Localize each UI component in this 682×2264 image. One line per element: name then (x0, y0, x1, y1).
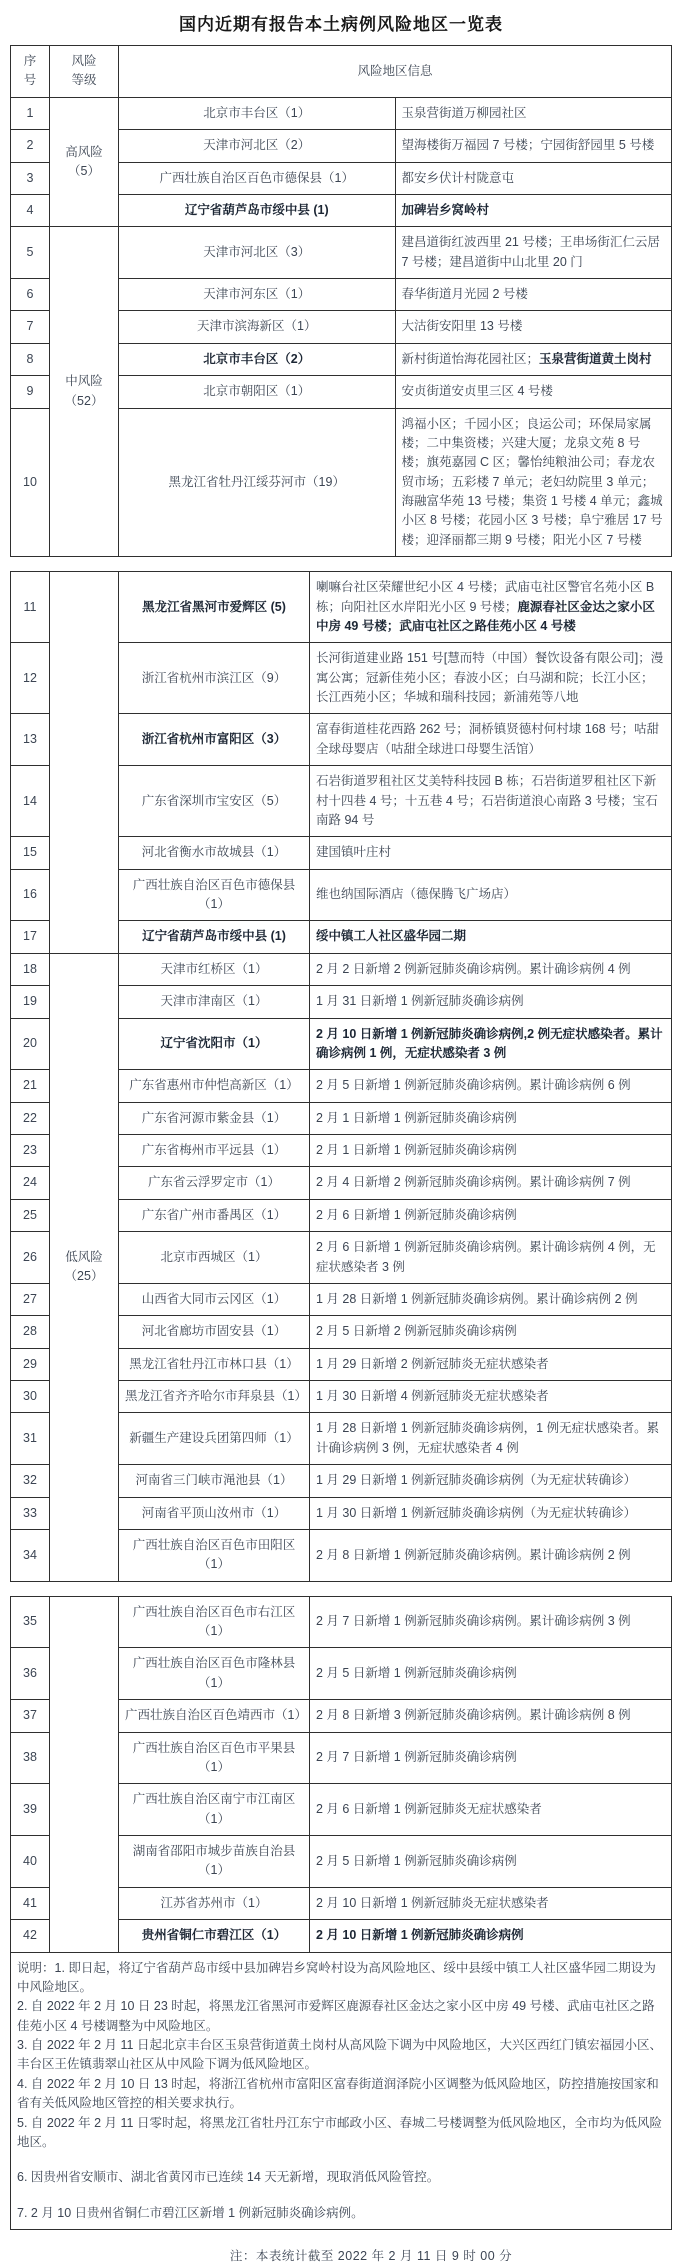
info-text-segment: 2 月 8 日新增 3 例新冠肺炎确诊病例。累计确诊病例 8 例 (316, 1708, 631, 1722)
serial-cell: 12 (11, 643, 50, 714)
serial-cell: 29 (11, 1348, 50, 1380)
serial-cell: 8 (11, 343, 50, 375)
serial-cell: 22 (11, 1102, 50, 1134)
serial-cell: 40 (11, 1836, 50, 1888)
info-text-segment: 2 月 7 日新增 1 例新冠肺炎确诊病例。累计确诊病例 3 例 (316, 1614, 631, 1628)
info-cell: 2 月 7 日新增 1 例新冠肺炎确诊病例 (310, 1732, 672, 1784)
serial-cell: 27 (11, 1283, 50, 1315)
region-cell: 河南省平顶山汝州市（1） (119, 1497, 310, 1529)
notes-row: 说明：1. 即日起，将辽宁省葫芦岛市绥中县加碑岩乡窝岭村设为高风险地区、绥中县绥… (11, 1952, 672, 2230)
region-cell: 山西省大同市云冈区（1） (119, 1283, 310, 1315)
risk-level-cell (50, 1596, 119, 1952)
region-cell: 北京市西城区（1） (119, 1232, 310, 1284)
risk-level-cell: 高风险 （5） (50, 97, 119, 227)
info-text-segment: 绥中镇工人社区盛华园二期 (316, 929, 466, 943)
info-cell: 喇嘛台社区荣耀世纪小区 4 号楼；武庙屯社区警官名苑小区 B 栋；向阳社区水岸阳… (310, 572, 672, 643)
info-cell: 2 月 10 日新增 1 例新冠肺炎确诊病例,2 例无症状感染者。累计确诊病例 … (310, 1018, 672, 1070)
serial-cell: 18 (11, 953, 50, 985)
info-text-segment: 鸿福小区；千园小区；良运公司；环保局家属楼；二中集资楼；兴建大厦；龙泉文苑 8 … (402, 417, 663, 547)
region-cell: 广西壮族自治区南宁市江南区（1） (119, 1784, 310, 1836)
info-cell: 玉泉营街道万柳园社区 (395, 97, 672, 129)
document-page: 国内近期有报告本土病例风险地区一览表 序 号风险 等级风险地区信息1高风险 （5… (0, 0, 682, 2264)
risk-table-section-2: 11黑龙江省黑河市爱辉区 (5)喇嘛台社区荣耀世纪小区 4 号楼；武庙屯社区警官… (10, 571, 672, 1582)
serial-cell: 6 (11, 279, 50, 311)
serial-cell: 24 (11, 1167, 50, 1199)
info-text-segment: 玉泉营街道黄土岗村 (539, 352, 652, 366)
region-cell: 广东省云浮罗定市（1） (119, 1167, 310, 1199)
info-text-segment: 安贞街道安贞里三区 4 号楼 (402, 384, 553, 398)
info-text-segment: 2 月 6 日新增 1 例新冠肺炎确诊病例。累计确诊病例 4 例，无症状感染者 … (316, 1240, 656, 1273)
info-cell: 2 月 8 日新增 3 例新冠肺炎确诊病例。累计确诊病例 8 例 (310, 1700, 672, 1732)
info-text-segment: 维也纳国际酒店（德保腾飞广场店） (316, 887, 516, 901)
info-text-segment: 1 月 30 日新增 1 例新冠肺炎确诊病例（为无症状转确诊） (316, 1506, 636, 1520)
info-cell: 富春街道桂花西路 262 号；洞桥镇贤德村何村埭 168 号；咕甜全球母婴店（咕… (310, 714, 672, 766)
info-cell: 2 月 4 日新增 2 例新冠肺炎确诊病例。累计确诊病例 7 例 (310, 1167, 672, 1199)
serial-cell: 31 (11, 1413, 50, 1465)
region-cell: 辽宁省葫芦岛市绥中县 (1) (119, 194, 396, 226)
region-cell: 贵州省铜仁市碧江区（1） (119, 1920, 310, 1952)
region-cell: 黑龙江省牡丹江市林口县（1） (119, 1348, 310, 1380)
risk-level-cell: 低风险 （25） (50, 953, 119, 1581)
region-cell: 黑龙江省牡丹江绥芬河市（19） (119, 408, 396, 557)
serial-cell: 42 (11, 1920, 50, 1952)
info-text-segment: 石岩街道罗租社区艾美特科技园 B 栋；石岩街道罗租社区下新村十四巷 4 号；十五… (316, 774, 658, 827)
info-cell: 1 月 30 日新增 1 例新冠肺炎确诊病例（为无症状转确诊） (310, 1497, 672, 1529)
serial-cell: 19 (11, 986, 50, 1018)
table-row: 5中风险 （52）天津市河北区（3）建昌道街红波西里 21 号楼；王串场街汇仁云… (11, 227, 672, 279)
info-cell: 2 月 6 日新增 1 例新冠肺炎确诊病例 (310, 1199, 672, 1231)
info-text-segment: 2 月 7 日新增 1 例新冠肺炎确诊病例 (316, 1750, 517, 1764)
serial-cell: 34 (11, 1529, 50, 1581)
info-cell: 新村街道怡海花园社区；玉泉营街道黄土岗村 (395, 343, 672, 375)
serial-cell: 39 (11, 1784, 50, 1836)
info-cell: 2 月 6 日新增 1 例新冠肺炎无症状感染者 (310, 1784, 672, 1836)
info-cell: 2 月 8 日新增 1 例新冠肺炎确诊病例。累计确诊病例 2 例 (310, 1529, 672, 1581)
note-item: 3. 自 2022 年 2 月 11 日起北京丰台区玉泉营街道黄土岗村从高风险下… (17, 2036, 665, 2075)
serial-cell: 16 (11, 869, 50, 921)
region-cell: 广西壮族自治区百色市田阳区（1） (119, 1529, 310, 1581)
region-cell: 广西壮族自治区百色市隆林县（1） (119, 1648, 310, 1700)
info-cell: 春华街道月光园 2 号楼 (395, 279, 672, 311)
info-text-segment: 2 月 10 日新增 1 例新冠肺炎确诊病例,2 例无症状感染者。累计确诊病例 … (316, 1027, 663, 1060)
serial-cell: 14 (11, 766, 50, 837)
info-text-segment: 2 月 5 日新增 1 例新冠肺炎确诊病例。累计确诊病例 6 例 (316, 1078, 631, 1092)
note-item: 说明：1. 即日起，将辽宁省葫芦岛市绥中县加碑岩乡窝岭村设为高风险地区、绥中县绥… (17, 1959, 665, 1998)
serial-cell: 30 (11, 1381, 50, 1413)
info-text-segment: 1 月 29 日新增 1 例新冠肺炎确诊病例（为无症状转确诊） (316, 1473, 636, 1487)
risk-level-cell (50, 572, 119, 954)
region-cell: 天津市红桥区（1） (119, 953, 310, 985)
serial-cell: 32 (11, 1465, 50, 1497)
info-text-segment: 2 月 5 日新增 2 例新冠肺炎确诊病例 (316, 1324, 517, 1338)
info-text-segment: 新村街道怡海花园社区； (402, 352, 540, 366)
region-cell: 江苏省苏州市（1） (119, 1887, 310, 1919)
serial-cell: 1 (11, 97, 50, 129)
info-cell: 2 月 2 日新增 2 例新冠肺炎确诊病例。累计确诊病例 4 例 (310, 953, 672, 985)
info-text-segment: 长河街道建业路 151 号[慧而特（中国）餐饮设备有限公司]；漫寓公寓；冠新佳苑… (316, 651, 663, 704)
region-cell: 湖南省邵阳市城步苗族自治县（1） (119, 1836, 310, 1888)
info-text-segment: 1 月 31 日新增 1 例新冠肺炎确诊病例 (316, 994, 524, 1008)
serial-cell: 4 (11, 194, 50, 226)
info-text-segment: 2 月 6 日新增 1 例新冠肺炎无症状感染者 (316, 1802, 542, 1816)
info-cell: 2 月 10 日新增 1 例新冠肺炎确诊病例 (310, 1920, 672, 1952)
info-text-segment: 建昌道街红波西里 21 号楼；王串场街汇仁云居 7 号楼；建昌道街中山北里 20… (402, 235, 660, 268)
info-cell: 加碑岩乡窝岭村 (395, 194, 672, 226)
table-row: 18低风险 （25）天津市红桥区（1）2 月 2 日新增 2 例新冠肺炎确诊病例… (11, 953, 672, 985)
risk-tables-container: 序 号风险 等级风险地区信息1高风险 （5）北京市丰台区（1）玉泉营街道万柳园社… (0, 45, 682, 2230)
info-text-segment: 2 月 2 日新增 2 例新冠肺炎确诊病例。累计确诊病例 4 例 (316, 962, 631, 976)
info-cell: 1 月 31 日新增 1 例新冠肺炎确诊病例 (310, 986, 672, 1018)
region-cell: 广西壮族自治区百色市德保县（1） (119, 869, 310, 921)
serial-cell: 3 (11, 162, 50, 194)
region-cell: 天津市河东区（1） (119, 279, 396, 311)
info-cell: 2 月 5 日新增 1 例新冠肺炎确诊病例。累计确诊病例 6 例 (310, 1070, 672, 1102)
info-text-segment: 2 月 5 日新增 1 例新冠肺炎确诊病例 (316, 1666, 517, 1680)
note-item: 2. 自 2022 年 2 月 10 日 23 时起，将黑龙江省黑河市爱辉区鹿源… (17, 1997, 665, 2036)
region-cell: 广东省惠州市仲恺高新区（1） (119, 1070, 310, 1102)
info-cell: 2 月 7 日新增 1 例新冠肺炎确诊病例。累计确诊病例 3 例 (310, 1596, 672, 1648)
info-text-segment: 富春街道桂花西路 262 号；洞桥镇贤德村何村埭 168 号；咕甜全球母婴店（咕… (316, 722, 659, 755)
info-cell: 建国镇叶庄村 (310, 837, 672, 869)
region-cell: 河南省三门峡市渑池县（1） (119, 1465, 310, 1497)
info-text-segment: 1 月 28 日新增 1 例新冠肺炎确诊病例。累计确诊病例 2 例 (316, 1292, 638, 1306)
table-row: 11黑龙江省黑河市爱辉区 (5)喇嘛台社区荣耀世纪小区 4 号楼；武庙屯社区警官… (11, 572, 672, 643)
info-text-segment: 2 月 4 日新增 2 例新冠肺炎确诊病例。累计确诊病例 7 例 (316, 1175, 631, 1189)
info-text-segment: 望海楼街万福园 7 号楼；宁园街舒园里 5 号楼 (402, 138, 655, 152)
serial-cell: 2 (11, 130, 50, 162)
info-text-segment: 2 月 1 日新增 1 例新冠肺炎确诊病例 (316, 1111, 517, 1125)
info-cell: 2 月 5 日新增 1 例新冠肺炎确诊病例 (310, 1836, 672, 1888)
serial-cell: 23 (11, 1135, 50, 1167)
info-cell: 1 月 28 日新增 1 例新冠肺炎确诊病例，1 例无症状感染者。累计确诊病例 … (310, 1413, 672, 1465)
region-cell: 新疆生产建设兵团第四师（1） (119, 1413, 310, 1465)
serial-cell: 15 (11, 837, 50, 869)
region-cell: 北京市朝阳区（1） (119, 376, 396, 408)
region-cell: 浙江省杭州市滨江区（9） (119, 643, 310, 714)
serial-cell: 9 (11, 376, 50, 408)
info-cell: 1 月 29 日新增 2 例新冠肺炎无症状感染者 (310, 1348, 672, 1380)
region-cell: 天津市津南区（1） (119, 986, 310, 1018)
info-text-segment: 2 月 6 日新增 1 例新冠肺炎确诊病例 (316, 1208, 517, 1222)
table-row: 1高风险 （5）北京市丰台区（1）玉泉营街道万柳园社区 (11, 97, 672, 129)
info-text-segment: 春华街道月光园 2 号楼 (402, 287, 528, 301)
notes-block: 说明：1. 即日起，将辽宁省葫芦岛市绥中县加碑岩乡窝岭村设为高风险地区、绥中县绥… (11, 1952, 672, 2230)
region-cell: 北京市丰台区（2） (119, 343, 396, 375)
region-cell: 广东省河源市紫金县（1） (119, 1102, 310, 1134)
info-cell: 维也纳国际酒店（德保腾飞广场店） (310, 869, 672, 921)
info-text-segment: 1 月 30 日新增 4 例新冠肺炎无症状感染者 (316, 1389, 549, 1403)
region-cell: 广西壮族自治区百色市平果县（1） (119, 1732, 310, 1784)
region-cell: 天津市滨海新区（1） (119, 311, 396, 343)
serial-cell: 21 (11, 1070, 50, 1102)
region-cell: 广东省深圳市宝安区（5） (119, 766, 310, 837)
region-cell: 广西壮族自治区百色靖西市（1） (119, 1700, 310, 1732)
info-cell: 望海楼街万福园 7 号楼；宁园街舒园里 5 号楼 (395, 130, 672, 162)
serial-cell: 13 (11, 714, 50, 766)
serial-cell: 28 (11, 1316, 50, 1348)
info-cell: 2 月 5 日新增 2 例新冠肺炎确诊病例 (310, 1316, 672, 1348)
info-text-segment: 2 月 8 日新增 1 例新冠肺炎确诊病例。累计确诊病例 2 例 (316, 1548, 631, 1562)
risk-level-header: 风险 等级 (50, 46, 119, 98)
serial-cell: 20 (11, 1018, 50, 1070)
info-cell: 建昌道街红波西里 21 号楼；王串场街汇仁云居 7 号楼；建昌道街中山北里 20… (395, 227, 672, 279)
info-text-segment: 大沽街安阳里 13 号楼 (402, 319, 523, 333)
serial-cell: 10 (11, 408, 50, 557)
info-cell: 石岩街道罗租社区艾美特科技园 B 栋；石岩街道罗租社区下新村十四巷 4 号；十五… (310, 766, 672, 837)
region-cell: 广东省梅州市平远县（1） (119, 1135, 310, 1167)
region-cell: 辽宁省葫芦岛市绥中县 (1) (119, 921, 310, 953)
info-cell: 2 月 6 日新增 1 例新冠肺炎确诊病例。累计确诊病例 4 例，无症状感染者 … (310, 1232, 672, 1284)
info-cell: 2 月 5 日新增 1 例新冠肺炎确诊病例 (310, 1648, 672, 1700)
info-cell: 2 月 1 日新增 1 例新冠肺炎确诊病例 (310, 1102, 672, 1134)
region-cell: 黑龙江省齐齐哈尔市拜泉县（1） (119, 1381, 310, 1413)
info-text-segment: 玉泉营街道万柳园社区 (402, 106, 527, 120)
info-cell: 2 月 10 日新增 1 例新冠肺炎无症状感染者 (310, 1887, 672, 1919)
region-cell: 浙江省杭州市富阳区（3） (119, 714, 310, 766)
region-cell: 广西壮族自治区百色市右江区（1） (119, 1596, 310, 1648)
info-cell: 大沽街安阳里 13 号楼 (395, 311, 672, 343)
info-header: 风险地区信息 (119, 46, 672, 98)
info-cell: 鸿福小区；千园小区；良运公司；环保局家属楼；二中集资楼；兴建大厦；龙泉文苑 8 … (395, 408, 672, 557)
serial-cell: 7 (11, 311, 50, 343)
risk-table-section-1: 序 号风险 等级风险地区信息1高风险 （5）北京市丰台区（1）玉泉营街道万柳园社… (10, 45, 672, 557)
serial-cell: 37 (11, 1700, 50, 1732)
region-cell: 广西壮族自治区百色市德保县（1） (119, 162, 396, 194)
serial-cell: 41 (11, 1887, 50, 1919)
info-cell: 都安乡伏计村陇意屯 (395, 162, 672, 194)
region-cell: 辽宁省沈阳市（1） (119, 1018, 310, 1070)
info-text-segment: 1 月 29 日新增 2 例新冠肺炎无症状感染者 (316, 1357, 549, 1371)
info-cell: 1 月 29 日新增 1 例新冠肺炎确诊病例（为无症状转确诊） (310, 1465, 672, 1497)
info-cell: 绥中镇工人社区盛华园二期 (310, 921, 672, 953)
info-cell: 长河街道建业路 151 号[慧而特（中国）餐饮设备有限公司]；漫寓公寓；冠新佳苑… (310, 643, 672, 714)
info-text-segment: 2 月 5 日新增 1 例新冠肺炎确诊病例 (316, 1854, 517, 1868)
note-item: 5. 自 2022 年 2 月 11 日零时起，将黑龙江省牡丹江东宁市邮政小区、… (17, 2114, 665, 2153)
serial-cell: 17 (11, 921, 50, 953)
serial-header: 序 号 (11, 46, 50, 98)
stats-cutoff-note: 注：本表统计截至 2022 年 2 月 11 日 9 时 00 分 (60, 2246, 682, 2264)
region-cell: 黑龙江省黑河市爱辉区 (5) (119, 572, 310, 643)
note-item: 6. 因贵州省安顺市、湖北省黄冈市已连续 14 天无新增，现取消低风险管控。 (17, 2168, 665, 2187)
info-text-segment: 加碑岩乡窝岭村 (402, 203, 490, 217)
risk-level-cell: 中风险 （52） (50, 227, 119, 557)
info-cell: 安贞街道安贞里三区 4 号楼 (395, 376, 672, 408)
info-text-segment: 2 月 10 日新增 1 例新冠肺炎确诊病例 (316, 1928, 524, 1942)
serial-cell: 38 (11, 1732, 50, 1784)
region-cell: 天津市河北区（3） (119, 227, 396, 279)
note-item: 4. 自 2022 年 2 月 10 日 13 时起，将浙江省杭州市富阳区富春街… (17, 2075, 665, 2114)
region-cell: 河北省衡水市故城县（1） (119, 837, 310, 869)
page-title: 国内近期有报告本土病例风险地区一览表 (0, 10, 682, 35)
serial-cell: 33 (11, 1497, 50, 1529)
region-cell: 广东省广州市番禺区（1） (119, 1199, 310, 1231)
serial-cell: 35 (11, 1596, 50, 1648)
risk-table-section-3: 35广西壮族自治区百色市右江区（1）2 月 7 日新增 1 例新冠肺炎确诊病例。… (10, 1596, 672, 2230)
note-item: 7. 2 月 10 日贵州省铜仁市碧江区新增 1 例新冠肺炎确诊病例。 (17, 2204, 665, 2223)
info-text-segment: 2 月 10 日新增 1 例新冠肺炎无症状感染者 (316, 1896, 549, 1910)
info-text-segment: 2 月 1 日新增 1 例新冠肺炎确诊病例 (316, 1143, 517, 1157)
info-text-segment: 都安乡伏计村陇意屯 (402, 171, 515, 185)
serial-cell: 5 (11, 227, 50, 279)
serial-cell: 11 (11, 572, 50, 643)
header-row: 序 号风险 等级风险地区信息 (11, 46, 672, 98)
region-cell: 河北省廊坊市固安县（1） (119, 1316, 310, 1348)
table-row: 35广西壮族自治区百色市右江区（1）2 月 7 日新增 1 例新冠肺炎确诊病例。… (11, 1596, 672, 1648)
serial-cell: 26 (11, 1232, 50, 1284)
region-cell: 天津市河北区（2） (119, 130, 396, 162)
info-text-segment: 建国镇叶庄村 (316, 845, 391, 859)
info-cell: 1 月 28 日新增 1 例新冠肺炎确诊病例。累计确诊病例 2 例 (310, 1283, 672, 1315)
region-cell: 北京市丰台区（1） (119, 97, 396, 129)
serial-cell: 25 (11, 1199, 50, 1231)
info-text-segment: 1 月 28 日新增 1 例新冠肺炎确诊病例，1 例无症状感染者。累计确诊病例 … (316, 1421, 659, 1454)
info-cell: 2 月 1 日新增 1 例新冠肺炎确诊病例 (310, 1135, 672, 1167)
serial-cell: 36 (11, 1648, 50, 1700)
info-cell: 1 月 30 日新增 4 例新冠肺炎无症状感染者 (310, 1381, 672, 1413)
